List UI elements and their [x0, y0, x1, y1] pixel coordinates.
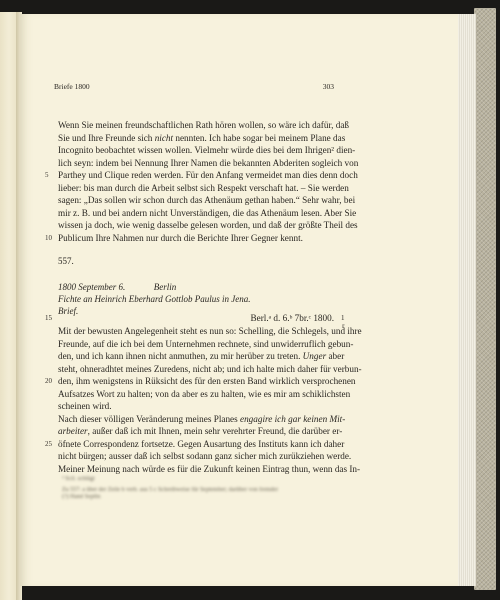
text-line: arbeiter, außer daß ich mit Ihnen, mein … [58, 425, 334, 438]
line-number: 20 [45, 375, 55, 388]
text-run: aber [326, 351, 344, 361]
text-line: 25öfnete Correspondenz fortsetze. Gegen … [58, 438, 334, 451]
text-line: lieber: bis man durch die Arbeit selbst … [58, 182, 334, 195]
emphasis: Unger [303, 351, 326, 361]
line-number: 5 [45, 169, 55, 182]
entry-number: 557. [58, 256, 74, 266]
passage-2: Mit der bewusten Angelegenheit steht es … [58, 325, 334, 475]
line-number: 15 [45, 314, 52, 322]
footnote: Zu 557: a über der Zeile b verb. aus 5 c… [62, 487, 302, 493]
text-line: Meiner Meinung nach würde es für die Zuk… [58, 463, 334, 476]
emphasis: engagire ich gar keinen Mit- [240, 414, 345, 424]
book-cover-cloth [474, 8, 496, 590]
line-text: Mit der bewusten Angelegenheit steht es … [58, 326, 362, 336]
line-text: sagen: „Das sollen wir schon durch das A… [58, 195, 355, 205]
entry-place: Berlin [154, 282, 177, 292]
footnotes: ² Scil. schlägt Zu 557: a über der Zeile… [62, 476, 302, 505]
text-line: sagen: „Das sollen wir schon durch das A… [58, 194, 334, 207]
line-text: öfnete Correspondenz fortsetze. Gegen Au… [58, 439, 344, 449]
text-line: nicht bürgen; ausser daß ich selbst soda… [58, 450, 334, 463]
line-text: wissen ja doch, wie wenig dasselbe geles… [58, 220, 358, 230]
text-line: Nach dieser völligen Veränderung meines … [58, 413, 334, 426]
passage-1: Wenn Sie meinen freundschaftlichen Rath … [58, 119, 334, 244]
line-text: Incognito beobachtet wissen wollen. Viel… [58, 145, 355, 155]
line-text: Meiner Meinung nach würde es für die Zuk… [58, 464, 360, 474]
text-run: Nach dieser völligen Veränderung meines … [58, 414, 240, 424]
text-line: 10Publicum Ihre Nahmen nur durch die Ber… [58, 232, 334, 245]
line-text: Sie und Ihre Freunde sich nicht nennten.… [58, 133, 345, 143]
text-run: den, und ich kann ihnen nicht anmuthen, … [58, 351, 303, 361]
line-text: Publicum Ihre Nahmen nur durch die Beric… [58, 233, 303, 243]
line-text: lich seyn: indem bei Nennung Ihrer Namen… [58, 158, 358, 168]
line-text: nicht bürgen; ausser daß ich selbst soda… [58, 451, 351, 461]
running-head: Briefe 1800 303 [54, 82, 334, 94]
text-line: Aufsatzes Wort zu halten; von da aber es… [58, 388, 334, 401]
entry-correspondents: Fichte an Heinrich Eberhard Gottlob Paul… [58, 294, 250, 304]
text-line: 20den, ihm wenigstens in Rüksicht des fü… [58, 375, 334, 388]
text-line: wissen ja doch, wie wenig dasselbe geles… [58, 219, 334, 232]
text-line: Incognito beobachtet wissen wollen. Viel… [58, 144, 334, 157]
page-edges [456, 14, 476, 586]
footnote: ² Scil. schlägt [62, 476, 302, 482]
entry-date: 1800 September 6. [58, 282, 125, 292]
text-line: lich seyn: indem bei Nennung Ihrer Namen… [58, 157, 334, 170]
line-text: Wenn Sie meinen freundschaftlichen Rath … [58, 120, 349, 130]
running-head-title: Briefe 1800 [54, 82, 90, 91]
line-text: Freunde, auf die ich bei dem Unternehmen… [58, 339, 353, 349]
line-text: Parthey und Clique reden werden. Für den… [58, 170, 358, 180]
page-number: 303 [323, 82, 334, 91]
line-text: scheinen wird. [58, 401, 112, 411]
line-number: 10 [45, 232, 55, 245]
line-text: lieber: bis man durch die Arbeit selbst … [58, 183, 349, 193]
text-line: Mit der bewusten Angelegenheit steht es … [58, 325, 334, 338]
text-line: Wenn Sie meinen freundschaftlichen Rath … [58, 119, 334, 132]
line-text: den, ihm wenigstens in Rüksicht des für … [58, 376, 356, 386]
line-text: Aufsatzes Wort zu halten; von da aber es… [58, 389, 350, 399]
text-line: mir z. B. und bei andern nicht Unverstän… [58, 207, 334, 220]
text-line: scheinen wird. [58, 400, 334, 413]
text-line: Freunde, auf die ich bei dem Unternehmen… [58, 338, 334, 351]
text-line: 5Parthey und Clique reden werden. Für de… [58, 169, 334, 182]
line-text: arbeiter, außer daß ich mit Ihnen, mein … [58, 426, 342, 436]
letter-dateline: 15 Berl.ᵃ d. 6.ᵇ 7br.ᶜ 1800. 1 r [58, 313, 334, 323]
line-number: 25 [45, 438, 55, 451]
entry-dateline: 1800 September 6. Berlin [58, 282, 176, 292]
line-text: steht, ohneradhtet meines Zuredens, nich… [58, 364, 362, 374]
footnote: (?) Hand Septbr. [62, 494, 302, 500]
emphasis: arbeiter [58, 426, 88, 436]
line-text: mir z. B. und bei andern nicht Unverstän… [58, 208, 356, 218]
emphasis: nicht [155, 133, 173, 143]
text-line: Sie und Ihre Freunde sich nicht nennten.… [58, 132, 334, 145]
text-run: , außer daß ich mit Ihnen, mein sehr ver… [88, 426, 343, 436]
letter-date: Berl.ᵃ d. 6.ᵇ 7br.ᶜ 1800. [251, 313, 335, 323]
line-text: den, und ich kann ihnen nicht anmuthen, … [58, 351, 344, 361]
text-line: den, und ich kann ihnen nicht anmuthen, … [58, 350, 334, 363]
line-text: Nach dieser völligen Veränderung meines … [58, 414, 345, 424]
text-line: steht, ohneradhtet meines Zuredens, nich… [58, 363, 334, 376]
